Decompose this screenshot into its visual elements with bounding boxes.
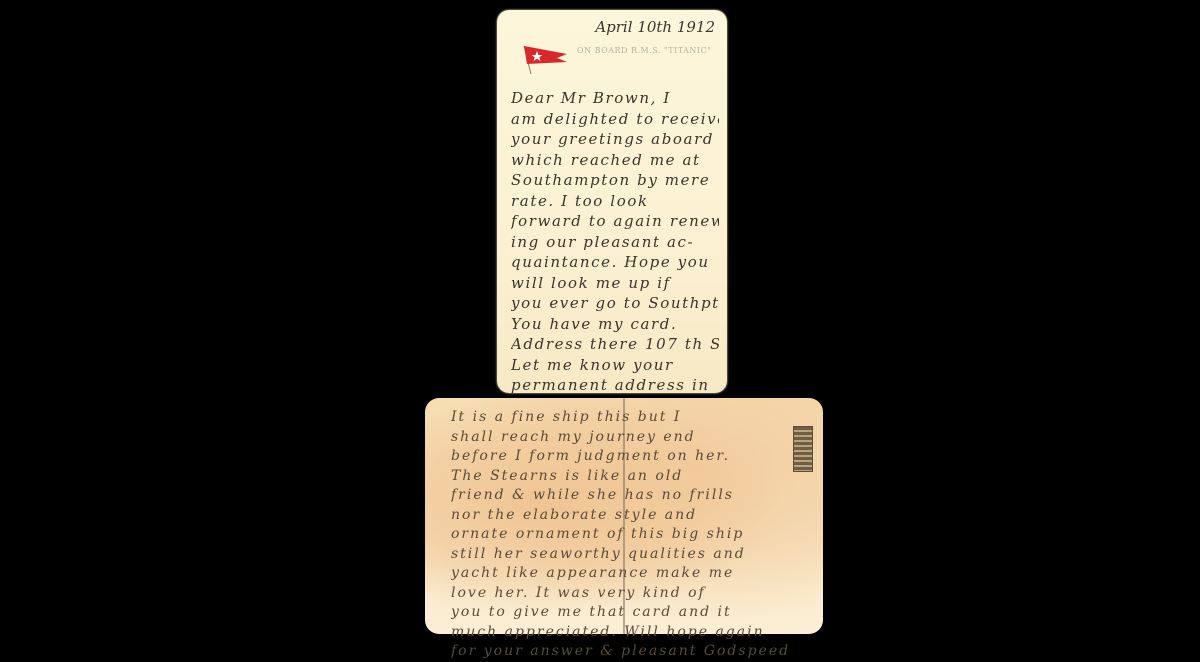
handwritten-line: nor the elaborate style and xyxy=(451,506,803,526)
handwritten-line: shall reach my journey end xyxy=(451,428,803,448)
handwritten-line: Let me know your xyxy=(511,355,719,376)
handwritten-line: your greetings aboard xyxy=(511,129,719,150)
handwritten-line: The Stearns is like an old xyxy=(451,467,803,487)
handwritten-line: quaintance. Hope you xyxy=(511,252,719,273)
handwriting-page-1: Dear Mr Brown, Iam delighted to receivey… xyxy=(511,88,719,396)
handwritten-line: still her seaworthy qualities and xyxy=(451,545,803,565)
handwritten-line: which reached me at xyxy=(511,150,719,171)
handwritten-line: for your answer & pleasant Godspeed xyxy=(451,642,803,662)
letter-page-1: April 10th 1912 ON BOARD R.M.S. "TITANIC… xyxy=(497,10,727,393)
handwritten-line: love her. It was very kind of xyxy=(451,584,803,604)
handwriting-page-2: It is a fine ship this but Ishall reach … xyxy=(451,408,803,662)
handwritten-line: You have my card. xyxy=(511,314,719,335)
handwritten-line: ornate ornament of this big ship xyxy=(451,525,803,545)
letter-date: April 10th 1912 xyxy=(595,18,715,36)
handwritten-line: Southampton by mere xyxy=(511,170,719,191)
handwritten-line: you ever go to Southpt. xyxy=(511,293,719,314)
handwritten-line: you to give me that card and it xyxy=(451,603,803,623)
handwritten-line: Dear Mr Brown, I xyxy=(511,88,719,109)
handwritten-line: rate. I too look xyxy=(511,191,719,212)
handwritten-line: friend & while she has no frills xyxy=(451,486,803,506)
handwritten-line: before I form judgment on her. xyxy=(451,447,803,467)
handwritten-line: It is a fine ship this but I xyxy=(451,408,803,428)
handwritten-line: forward to again renew xyxy=(511,211,719,232)
handwritten-line: Address there 107 th St xyxy=(511,334,719,355)
white-star-flag-icon xyxy=(521,44,569,74)
handwritten-line: much appreciated. Will hope again xyxy=(451,623,803,643)
handwritten-line: will look me up if xyxy=(511,273,719,294)
letterhead: ON BOARD R.M.S. "TITANIC" xyxy=(577,46,711,55)
handwritten-line: am delighted to receive xyxy=(511,109,719,130)
handwritten-line: yacht like appearance make me xyxy=(451,564,803,584)
handwritten-line: permanent address in xyxy=(511,375,719,396)
handwritten-line: ing our pleasant ac- xyxy=(511,232,719,253)
letter-page-2: It is a fine ship this but Ishall reach … xyxy=(425,398,823,634)
